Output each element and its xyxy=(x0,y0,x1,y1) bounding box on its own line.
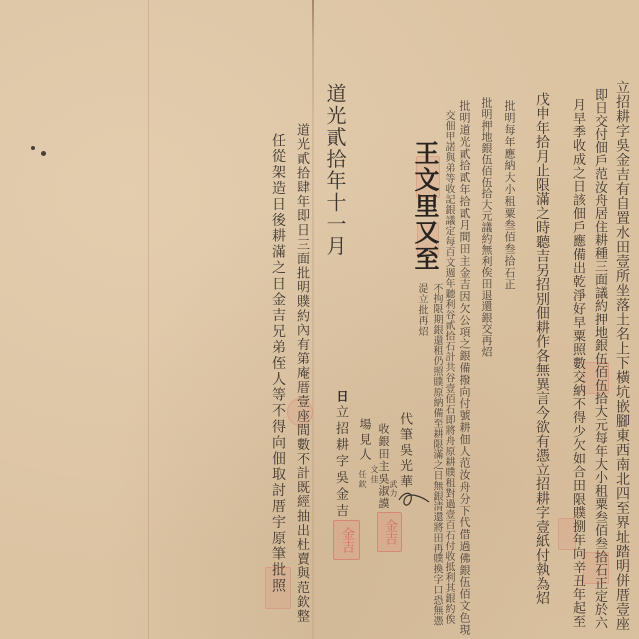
seal-text: 金吉 xyxy=(340,527,353,553)
endorsement-deposit: 批明押地銀伍佰伍拾大元議約無利俟田退還銀交再炤 xyxy=(481,97,492,357)
signature-day: 日 xyxy=(336,390,348,402)
contract-line-3: 月早季收成之日該佃戶應備出乾淨好早粟照數交納不得少欠如合田限贌捌年向辛丑年起至 xyxy=(571,98,584,628)
signature-receiver: 收銀田主吳淑謨 xyxy=(378,423,389,510)
contract-document: 立招耕字吳金吉有自置水田壹所坐落土名上下橫坑嵌腳東西南北四至界址踏明併厝壹座 即… xyxy=(0,0,639,639)
signature-grantor: 立招耕字吳金吉 xyxy=(334,405,347,520)
signature-scribe: 代筆吳光華 xyxy=(398,412,411,490)
contract-line-2: 即日交付佃戶范汝舟居住耕種三面議約押地銀伍佰伍拾大元每年大小租粟叁佰叁拾石正定於… xyxy=(593,88,606,629)
seal-text: 金吉 xyxy=(383,519,396,545)
seal-grantor: 金吉 xyxy=(333,520,360,560)
seal-receiver: 金吉 xyxy=(377,512,402,552)
contract-line-1: 立招耕字吳金吉有自置水田壹所坐落土名上下橫坑嵌腳東西南北四至界址踏明併厝壹座 xyxy=(615,80,629,631)
fold-line xyxy=(148,0,149,639)
inscription-note: 湜立批再炤 xyxy=(416,283,426,337)
endorsement-interest: 交佃甲諾與弟等收記銀議定每百文週年聽利谷貳拾石計共谷壹佰石即將舟原耕贌租對過壹百… xyxy=(443,110,453,625)
ink-speck xyxy=(31,146,35,150)
signature-witness-label: 場見人 xyxy=(359,418,371,463)
scribe-mark-icon xyxy=(395,488,433,510)
contract-line-4: 戊申年拾月止限滿之時聽吉另招別佃耕作各無異言今欲有憑立招耕字壹紙付執為炤 xyxy=(535,92,549,605)
later-note-line-2: 任從架造日後耕滿之日金吉兄弟侄人等不得向佃取討厝宇原筆批照 xyxy=(271,133,285,594)
endorsement-repayment: 不拘限期銀還租仍照贌原納備至耕限滿之日無銀清還將田再贌換字口恐無憑 xyxy=(431,283,441,626)
endorsement-loan: 批明道光貳拾貳年拾貳月間田主金吉因欠公項之銀備撥向付號耕佃人范汝舟分下代借過佛銀… xyxy=(459,100,470,636)
signature-witness-name: 任欽 xyxy=(358,470,366,490)
large-inscription: 王文里又至 xyxy=(413,140,438,272)
endorsement-rent: 批明每年應納大小租粟叁佰叁拾石正 xyxy=(504,100,515,290)
fold-line-center xyxy=(312,0,314,639)
later-note-line-1: 道光貳拾肆年即日三面批明贌約內有第庵厝壹座間數不計既經抽出杜賣與范欽整 xyxy=(295,123,308,624)
date-line: 道光貳拾年十一月 xyxy=(325,83,345,257)
ink-speck xyxy=(41,151,46,156)
